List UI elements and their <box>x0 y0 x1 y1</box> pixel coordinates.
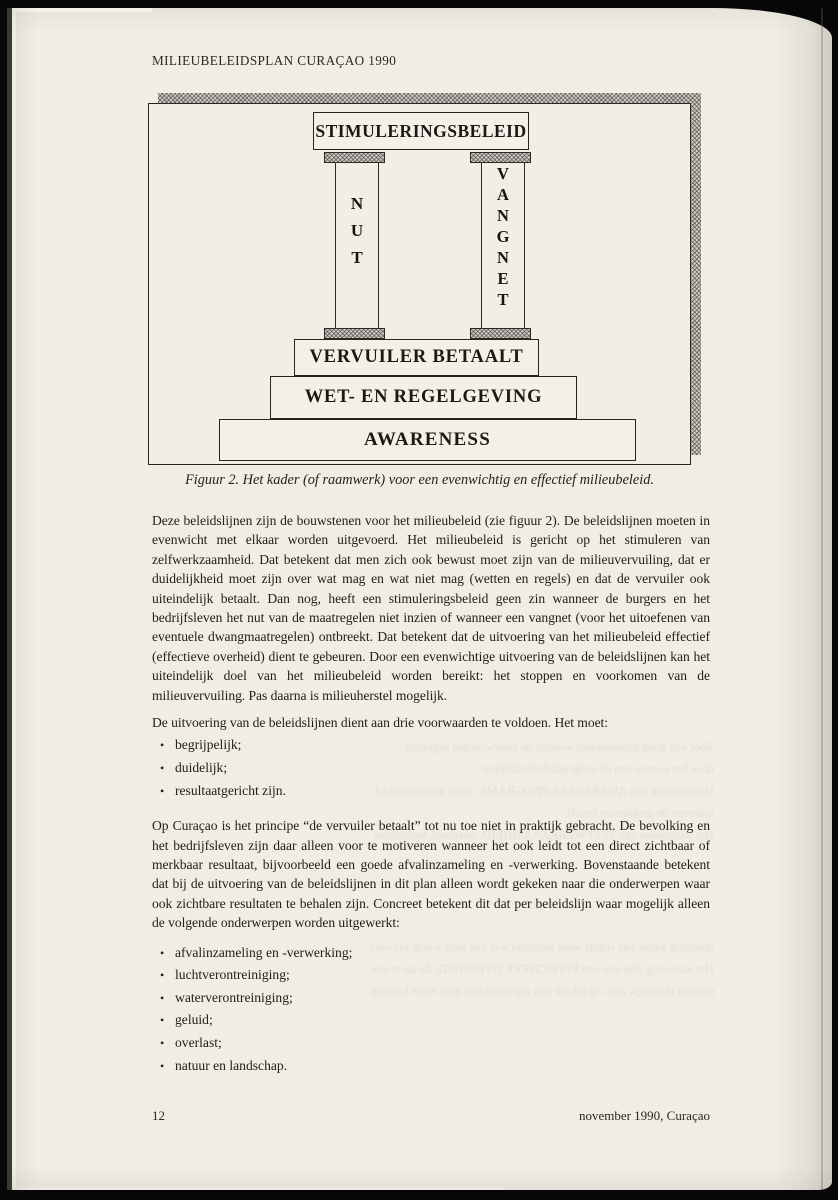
list-item: •duidelijk; <box>152 760 710 783</box>
diagram-pillar-vangnet: VANGNET <box>481 163 525 328</box>
diagram-box-wet-en-regelgeving: WET- EN REGELGEVING <box>270 376 577 419</box>
page-edge-bottom <box>12 1187 504 1190</box>
list-item: •resultaatgericht zijn. <box>152 783 710 806</box>
list-item-label: begrijpelijk; <box>175 737 241 753</box>
list-item: •geluid; <box>152 1012 710 1035</box>
page-number: 12 <box>152 1108 165 1124</box>
list-item-label: natuur en landschap. <box>175 1058 287 1074</box>
pillar-base-left <box>324 328 385 339</box>
body-text: Deze beleidslijnen zijn de bouwstenen vo… <box>152 511 710 1087</box>
diagram-box-awareness: AWARENESS <box>219 419 636 461</box>
footer-date: november 1990, Curaçao <box>579 1108 710 1124</box>
list-item-label: duidelijk; <box>175 760 227 776</box>
list-item: •overlast; <box>152 1035 710 1058</box>
list-item-label: luchtverontreiniging; <box>175 967 290 983</box>
bullet-icon: • <box>152 1059 175 1074</box>
bullet-list: •afvalinzameling en -verwerking;•luchtve… <box>152 945 710 1081</box>
pillar-base-right <box>470 328 531 339</box>
paragraph: Deze beleidslijnen zijn de bouwstenen vo… <box>152 511 710 705</box>
page-title: MILIEUBELEIDSPLAN CURAÇAO 1990 <box>152 53 396 69</box>
bullet-icon: • <box>152 946 175 961</box>
pillar-capital-left <box>324 152 385 163</box>
list-item-label: resultaatgericht zijn. <box>175 783 286 799</box>
bullet-icon: • <box>152 991 175 1006</box>
figure-frame: STIMULERINGSBELEID NUT VANGNET VERVUILER… <box>148 103 691 465</box>
list-item: •natuur en landschap. <box>152 1058 710 1081</box>
list-item-label: overlast; <box>175 1035 222 1051</box>
bullet-icon: • <box>152 738 175 753</box>
page-edge-top <box>12 8 152 12</box>
bullet-icon: • <box>152 761 175 776</box>
list-item-label: geluid; <box>175 1012 213 1028</box>
diagram-pillar-nut: NUT <box>335 163 379 328</box>
diagram-box-stimuleringsbeleid: STIMULERINGSBELEID <box>313 112 529 150</box>
bullet-icon: • <box>152 968 175 983</box>
page-crease <box>821 8 823 1190</box>
list-item-label: afvalinzameling en -verwerking; <box>175 945 352 961</box>
paragraph: De uitvoering van de beleidslijnen dient… <box>152 713 710 732</box>
diagram-box-vervuiler-betaalt: VERVUILER BETAALT <box>294 339 539 376</box>
bullet-list: •begrijpelijk;•duidelijk;•resultaatgeric… <box>152 737 710 805</box>
bullet-icon: • <box>152 784 175 799</box>
page-footer: 12 november 1990, Curaçao <box>152 1108 710 1124</box>
figure-caption: Figuur 2. Het kader (of raamwerk) voor e… <box>148 472 691 489</box>
list-item: •afvalinzameling en -verwerking; <box>152 945 710 968</box>
pillar-capital-right <box>470 152 531 163</box>
bullet-icon: • <box>152 1036 175 1051</box>
list-item: •begrijpelijk; <box>152 737 710 760</box>
page-edge-left <box>12 8 16 1190</box>
bullet-icon: • <box>152 1013 175 1028</box>
list-item: •waterverontreiniging; <box>152 990 710 1013</box>
paragraph: Op Curaçao is het principe “de vervuiler… <box>152 816 710 932</box>
list-item-label: waterverontreiniging; <box>175 990 293 1006</box>
scanned-page: MILIEUBELEIDSPLAN CURAÇAO 1990 namelijk … <box>12 8 832 1190</box>
list-item: •luchtverontreiniging; <box>152 967 710 990</box>
